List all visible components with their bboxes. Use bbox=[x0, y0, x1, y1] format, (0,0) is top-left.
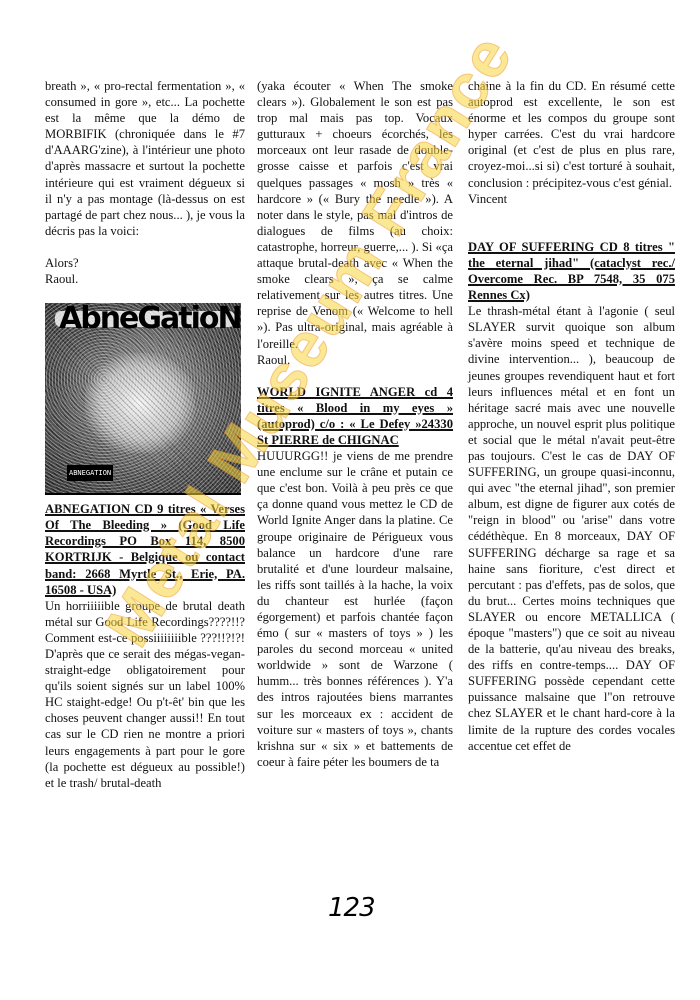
review-body-world-ignite-anger: HUUURGG!! je viens de me prendre une enc… bbox=[257, 448, 453, 770]
band-logo: AbneGatioN bbox=[55, 311, 235, 327]
column-1: breath », « pro-rectal fermentation », «… bbox=[45, 78, 245, 791]
review-continuation-text: (yaka écouter « When The smoke clears »)… bbox=[257, 78, 453, 352]
page-number: 123 bbox=[328, 893, 375, 923]
review-body-abnegation: Un horriiiiible groupe de brutal death m… bbox=[45, 598, 245, 791]
column-2: (yaka écouter « When The smoke clears »)… bbox=[257, 78, 453, 770]
review-body-day-of-suffering: Le thrash-métal étant à l'agonie ( seul … bbox=[468, 303, 675, 754]
review-heading-world-ignite-anger: WORLD IGNITE ANGER cd 4 titres « Blood i… bbox=[257, 384, 453, 448]
column-3: chaine à la fin du CD. En résumé cette a… bbox=[468, 78, 675, 754]
review-heading-day-of-suffering: DAY OF SUFFERING CD 8 titres " the etern… bbox=[468, 239, 675, 303]
author-signature: Vincent bbox=[468, 191, 675, 207]
review-continuation-text: chaine à la fin du CD. En résumé cette a… bbox=[468, 78, 675, 191]
author-signature: Raoul. bbox=[45, 271, 245, 287]
closing-question: Alors? bbox=[45, 255, 245, 271]
review-heading-abnegation: ABNEGATION CD 9 titres « Verses Of The B… bbox=[45, 501, 245, 598]
album-cover-image: AbneGatioN ABNEGATION bbox=[45, 303, 241, 495]
author-signature: Raoul. bbox=[257, 352, 453, 368]
review-continuation-text: breath », « pro-rectal fermentation », «… bbox=[45, 78, 245, 239]
fanzine-page: breath », « pro-rectal fermentation », «… bbox=[0, 0, 700, 1000]
cover-caption: ABNEGATION bbox=[67, 465, 113, 481]
